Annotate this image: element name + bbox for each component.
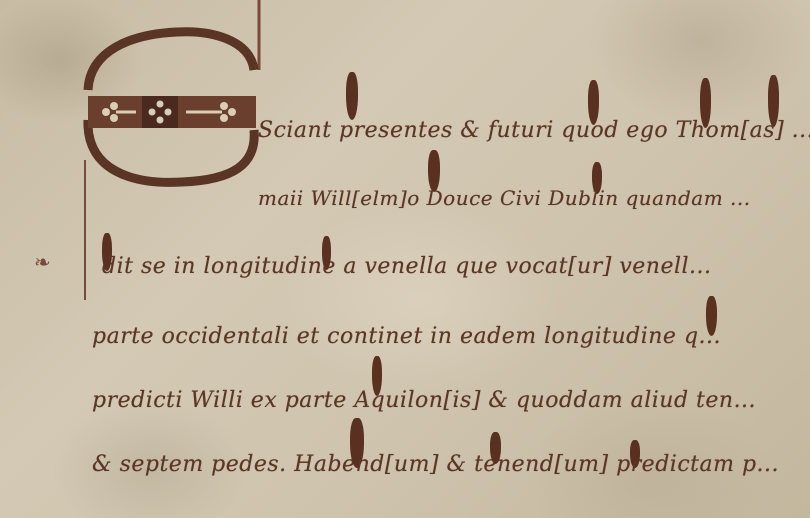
text-line-2: maii Will[elm]o Douce Civi Dublin quanda…	[258, 186, 751, 210]
illuminated-initial-s	[82, 0, 272, 200]
text-line-3: dit se in longitudine a venella que voca…	[102, 254, 712, 279]
text-line-5: predicti Willi ex parte Aquilon[is] & qu…	[92, 388, 756, 413]
margin-rule	[84, 160, 86, 300]
text-line-1: Sciant presentes & futuri quod ego Thom[…	[258, 118, 810, 143]
text-line-4: parte occidentali et continet in eadem l…	[92, 324, 721, 349]
text-line-6: & septem pedes. Habend[um] & tenend[um] …	[92, 452, 779, 477]
margin-flourish: ❧	[34, 250, 51, 274]
ascender-stroke	[346, 72, 358, 120]
manuscript-page: ❧ Sciant presentes & futuri quod ego Tho…	[0, 0, 810, 518]
